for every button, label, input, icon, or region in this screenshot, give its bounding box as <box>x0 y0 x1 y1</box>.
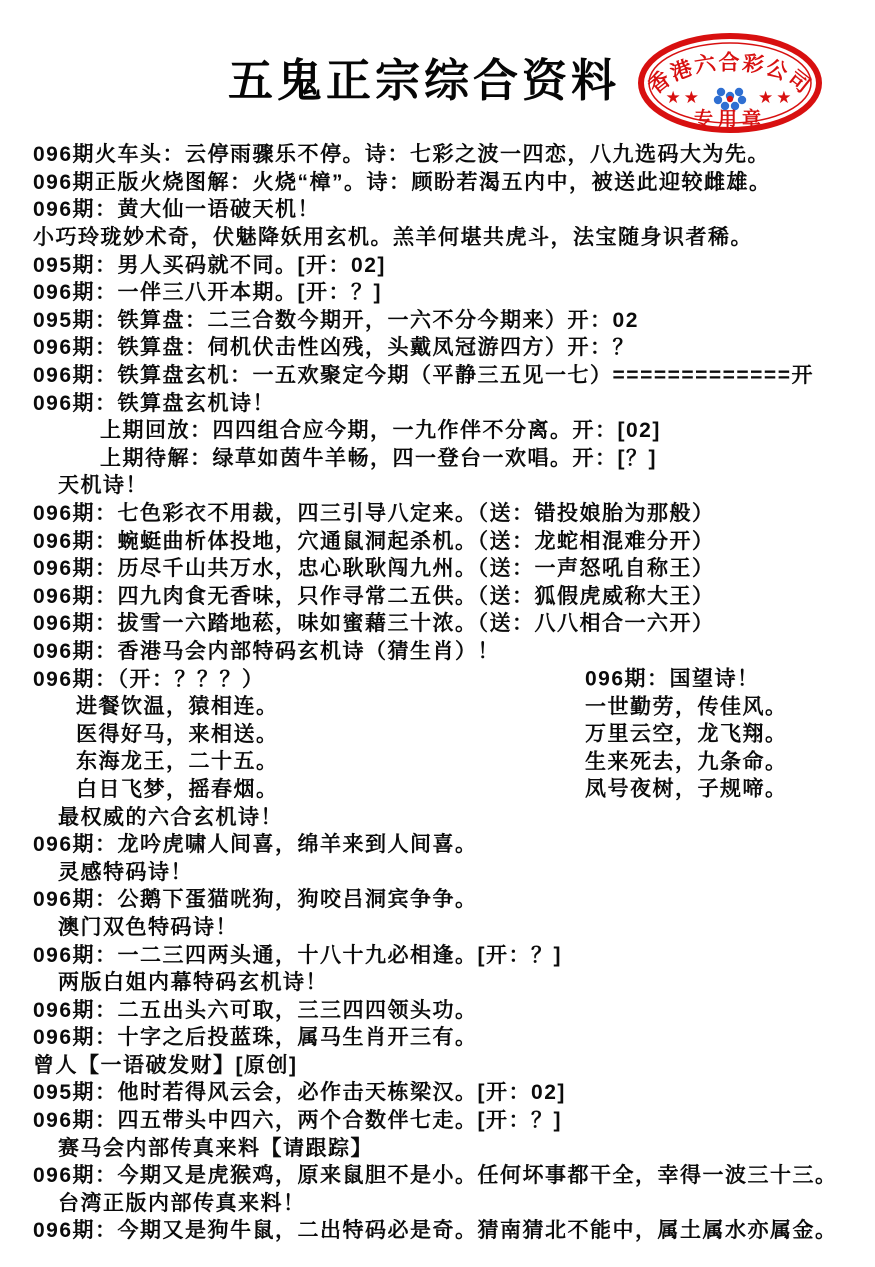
text-line: 095期：他时若得风云会，必作击天栋梁汉。[开：02] <box>33 1082 566 1103</box>
star-icons-left: ★★ <box>666 88 702 107</box>
text-line: 096期：四九肉食无香味，只作寻常二五供。（送：狐假虎威称大王） <box>33 586 715 607</box>
text-line: 096期：十字之后投蓝珠，属马生肖开三有。 <box>33 1027 478 1048</box>
text-line-right-column: 万里云空，龙飞翔。 <box>585 724 788 745</box>
text-row: 096期：一二三四两头通，十八十九必相逢。[开：？] <box>0 941 875 969</box>
text-line: 096期：一伴三八开本期。[开：？] <box>33 282 382 303</box>
text-row: 上期待解：绿草如茵牛羊畅，四一登台一欢唱。开：[？] <box>0 445 875 473</box>
text-row: 096期：拔雪一六踏地菘，味如蜜藉三十浓。（送：八八相合一六开） <box>0 610 875 638</box>
text-row: 095期：他时若得风云会，必作击天栋梁汉。[开：02] <box>0 1079 875 1107</box>
text-row: 096期：铁算盘玄机：一五欢聚定今期（平静三五见一七）=============… <box>0 362 875 390</box>
text-line: 上期待解：绿草如茵牛羊畅，四一登台一欢唱。开：[？] <box>100 448 657 469</box>
text-row: 最权威的六合玄机诗！ <box>0 803 875 831</box>
text-line-right-column: 一世勤劳，传佳风。 <box>585 696 788 717</box>
text-line: 进餐饮温，猿相连。 <box>76 696 279 717</box>
text-line: 096期：四五带头中四六，两个合数伴七走。[开：？] <box>33 1110 562 1131</box>
text-line-right-column: 096期：国望诗！ <box>585 669 760 690</box>
text-line: 095期：男人买码就不同。[开：02] <box>33 255 386 276</box>
text-line: 096期：蜿蜓曲析体投地，穴通鼠洞起杀机。（送：龙蛇相混难分开） <box>33 531 715 552</box>
text-row: 096期正版火烧图解：火烧“樟”。诗：顾盼若渴五内中，被送此迎较雌雄。 <box>0 169 875 197</box>
text-line: 医得好马，来相送。 <box>76 724 279 745</box>
text-row: 上期回放：四四组合应今期，一九作伴不分离。开：[02] <box>0 417 875 445</box>
text-row: 095期：男人买码就不同。[开：02] <box>0 251 875 279</box>
text-row: 096期：二五出头六可取，三三四四领头功。 <box>0 996 875 1024</box>
text-row: 096期：（开：？？？）096期：国望诗！ <box>0 665 875 693</box>
flower-icon <box>714 88 746 110</box>
text-line: 096期：今期又是狗牛鼠，二出特码必是奇。猜南猜北不能中，属土属水亦属金。 <box>33 1220 838 1241</box>
text-line: 096期：七色彩衣不用裁，四三引导八定来。（送：错投娘胎为那般） <box>33 503 715 524</box>
page-title: 五鬼正宗综合资料 <box>228 44 620 109</box>
text-row: 095期：铁算盘：二三合数今期开，一六不分今期来）开：02 <box>0 307 875 335</box>
text-content: 096期火车头：云停雨骤乐不停。诗：七彩之波一四恋，八九选码大为先。096期正版… <box>0 141 875 1245</box>
text-line: 澳门双色特码诗！ <box>58 917 238 938</box>
text-row: 096期：十字之后投蓝珠，属马生肖开三有。 <box>0 1024 875 1052</box>
text-line: 上期回放：四四组合应今期，一九作伴不分离。开：[02] <box>100 420 661 441</box>
text-row: 096期：历尽千山共万水，忠心耿耿闯九州。（送：一声怒吼自称王） <box>0 555 875 583</box>
text-row: 医得好马，来相送。万里云空，龙飞翔。 <box>0 720 875 748</box>
text-line: 096期：铁算盘玄机诗！ <box>33 393 275 414</box>
text-row: 096期：蜿蜓曲析体投地，穴通鼠洞起杀机。（送：龙蛇相混难分开） <box>0 527 875 555</box>
text-line: 东海龙王，二十五。 <box>76 751 279 772</box>
document-page: 五鬼正宗综合资料 香港六合彩公司 ★★ ★★ 专用章 096期火车头：云停雨骤乐… <box>0 0 875 1267</box>
text-line: 096期火车头：云停雨骤乐不停。诗：七彩之波一四恋，八九选码大为先。 <box>33 144 770 165</box>
text-row: 白日飞梦，摇春烟。凤号夜树，子规啼。 <box>0 776 875 804</box>
text-row: 096期：黄大仙一语破天机！ <box>0 196 875 224</box>
text-row: 096期：香港马会内部特码玄机诗（猜生肖）！ <box>0 638 875 666</box>
text-line: 灵感特码诗！ <box>58 862 193 883</box>
text-line: 096期：二五出头六可取，三三四四领头功。 <box>33 1000 478 1021</box>
text-row: 台湾正版内部传真来料！ <box>0 1190 875 1218</box>
text-line: 096期：历尽千山共万水，忠心耿耿闯九州。（送：一声怒吼自称王） <box>33 558 715 579</box>
text-line: 096期：香港马会内部特码玄机诗（猜生肖）！ <box>33 641 500 662</box>
text-line: 赛马会内部传真来料【请跟踪】 <box>58 1138 373 1159</box>
text-row: 曾人【一语破发财】[原创] <box>0 1052 875 1080</box>
text-line: 095期：铁算盘：二三合数今期开，一六不分今期来）开：02 <box>33 310 639 331</box>
text-line: 096期：公鹅下蛋猫咣狗，狗咬吕洞宾争争。 <box>33 889 478 910</box>
text-line: 096期：今期又是虎猴鸡，原来鼠胆不是小。任何坏事都干全，幸得一波三十三。 <box>33 1165 838 1186</box>
text-row: 096期：一伴三八开本期。[开：？] <box>0 279 875 307</box>
text-row: 096期：龙吟虎啸人间喜，绵羊来到人间喜。 <box>0 831 875 859</box>
text-row: 096期：今期又是虎猴鸡，原来鼠胆不是小。任何坏事都干全，幸得一波三十三。 <box>0 1162 875 1190</box>
text-line: 台湾正版内部传真来料！ <box>58 1193 306 1214</box>
text-line: 曾人【一语破发财】[原创] <box>33 1055 298 1076</box>
text-line: 096期正版火烧图解：火烧“樟”。诗：顾盼若渴五内中，被送此迎较雌雄。 <box>33 172 772 193</box>
text-row: 096期：四五带头中四六，两个合数伴七走。[开：？] <box>0 1107 875 1135</box>
text-line: 096期：龙吟虎啸人间喜，绵羊来到人间喜。 <box>33 834 478 855</box>
text-row: 096期火车头：云停雨骤乐不停。诗：七彩之波一四恋，八九选码大为先。 <box>0 141 875 169</box>
text-row: 096期：四九肉食无香味，只作寻常二五供。（送：狐假虎威称大王） <box>0 583 875 611</box>
text-row: 096期：今期又是狗牛鼠，二出特码必是奇。猜南猜北不能中，属土属水亦属金。 <box>0 1217 875 1245</box>
text-row: 进餐饮温，猿相连。一世勤劳，传佳风。 <box>0 693 875 721</box>
stamp-bottom-text: 专用章 <box>694 107 766 130</box>
text-line: 096期：拔雪一六踏地菘，味如蜜藉三十浓。（送：八八相合一六开） <box>33 613 715 634</box>
text-row: 096期：七色彩衣不用裁，四三引导八定来。（送：错投娘胎为那般） <box>0 500 875 528</box>
text-line: 天机诗！ <box>58 475 148 496</box>
text-line: 096期：铁算盘：伺机伏击性凶残，头戴凤冠游四方）开：？ <box>33 337 635 358</box>
text-line-right-column: 生来死去，九条命。 <box>585 751 788 772</box>
text-line: 最权威的六合玄机诗！ <box>58 807 283 828</box>
text-row: 096期：铁算盘：伺机伏击性凶残，头戴凤冠游四方）开：？ <box>0 334 875 362</box>
text-line: 小巧玲珑妙术奇，伏魅降妖用玄机。羔羊何堪共虎斗，法宝随身识者稀。 <box>33 227 753 248</box>
text-line: 096期：（开：？？？） <box>33 669 265 690</box>
text-line: 096期：铁算盘玄机：一五欢聚定今期（平静三五见一七）=============… <box>33 365 814 386</box>
text-row: 东海龙王，二十五。生来死去，九条命。 <box>0 748 875 776</box>
text-row: 灵感特码诗！ <box>0 858 875 886</box>
text-row: 两版白姐内幕特码玄机诗！ <box>0 969 875 997</box>
text-row: 096期：铁算盘玄机诗！ <box>0 389 875 417</box>
text-line: 两版白姐内幕特码玄机诗！ <box>58 972 328 993</box>
text-row: 澳门双色特码诗！ <box>0 914 875 942</box>
company-stamp: 香港六合彩公司 ★★ ★★ 专用章 <box>636 32 824 134</box>
text-line: 096期：黄大仙一语破天机！ <box>33 199 320 220</box>
text-line-right-column: 凤号夜树，子规啼。 <box>585 779 788 800</box>
text-row: 096期：公鹅下蛋猫咣狗，狗咬吕洞宾争争。 <box>0 886 875 914</box>
text-line: 096期：一二三四两头通，十八十九必相逢。[开：？] <box>33 945 562 966</box>
star-icons-right: ★★ <box>758 88 794 107</box>
text-row: 天机诗！ <box>0 472 875 500</box>
text-row: 赛马会内部传真来料【请跟踪】 <box>0 1134 875 1162</box>
text-line: 白日飞梦，摇春烟。 <box>76 779 279 800</box>
text-row: 小巧玲珑妙术奇，伏魅降妖用玄机。羔羊何堪共虎斗，法宝随身识者稀。 <box>0 224 875 252</box>
